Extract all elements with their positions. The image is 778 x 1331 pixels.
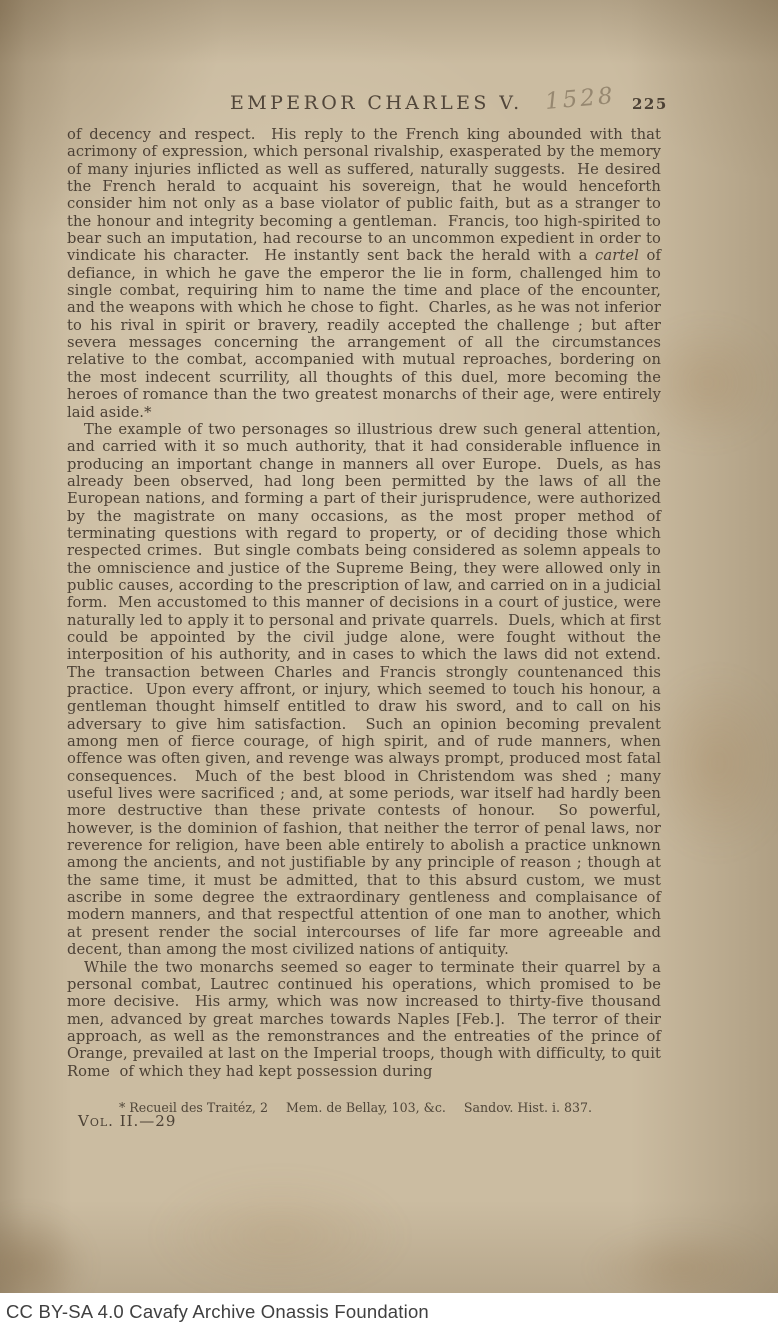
book-page-scan: EMPEROR CHARLES V. 1528 225 of decency a… bbox=[0, 0, 778, 1293]
paper-stain bbox=[150, 1170, 410, 1293]
footnote-citation-2: Mem. de Bellay, 103, &c. bbox=[286, 1100, 446, 1115]
paragraph-3: While the two monarchs seemed so eager t… bbox=[67, 959, 661, 1080]
paragraph-2: The example of two personages so illustr… bbox=[67, 421, 661, 959]
paragraph-1-part-b: of defiance, in which he gave the empero… bbox=[67, 247, 666, 420]
running-title: EMPEROR CHARLES V. bbox=[230, 92, 523, 114]
license-bar: CC BY-SA 4.0 Cavafy Archive Onassis Foun… bbox=[0, 1293, 778, 1331]
footnote: * Recueil des Traitéz, 2Mem. de Bellay, … bbox=[119, 1100, 679, 1115]
paper-stain bbox=[0, 1210, 90, 1293]
license-attribution-text: CC BY-SA 4.0 Cavafy Archive Onassis Foun… bbox=[0, 1301, 429, 1323]
paragraph-1-italic-word: cartel bbox=[595, 247, 639, 264]
volume-signature: Vol. II.—29 bbox=[78, 1112, 176, 1130]
paper-stain bbox=[586, 1228, 776, 1293]
handwritten-year-annotation: 1528 bbox=[544, 83, 617, 115]
page-body-text: of decency and respect. His reply to the… bbox=[67, 126, 661, 1080]
paragraph-1-part-a: of decency and respect. His reply to the… bbox=[67, 126, 666, 264]
footnote-citation-3: Sandov. Hist. i. 837. bbox=[464, 1100, 592, 1115]
page-number: 225 bbox=[632, 95, 668, 113]
paragraph-1: of decency and respect. His reply to the… bbox=[67, 126, 661, 421]
